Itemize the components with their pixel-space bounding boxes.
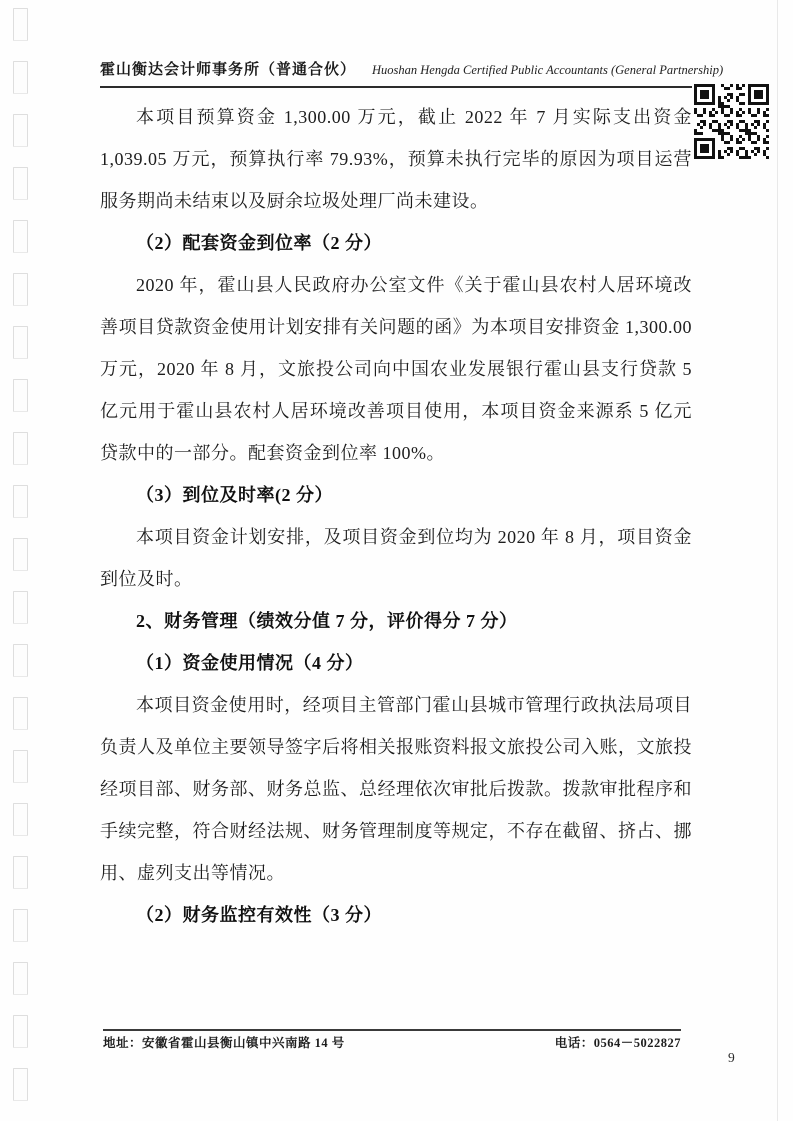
page-footer: 地址：安徽省霍山县衡山镇中兴南路 14 号 电话：0564－5022827 (103, 1033, 681, 1051)
binding-hole (13, 220, 28, 253)
footer-phone: 电话：0564－5022827 (555, 1033, 681, 1051)
binding-hole (13, 432, 28, 465)
page-header: 霍山衡达会计师事务所（普通合伙） Huoshan Hengda Certifie… (100, 58, 692, 88)
binding-hole (13, 61, 28, 94)
heading-timeliness-rate: （3）到位及时率(2 分） (100, 474, 692, 516)
binding-hole (13, 114, 28, 147)
heading-financial-monitoring: （2）财务监控有效性（3 分） (100, 894, 692, 936)
binding-hole (13, 591, 28, 624)
footer-rule (103, 1029, 681, 1031)
scanned-report-page: 霍山衡达会计师事务所（普通合伙） Huoshan Hengda Certifie… (0, 0, 793, 1121)
binding-hole (13, 8, 28, 41)
binding-hole (13, 697, 28, 730)
heading-financial-management: 2、财务管理（绩效分值 7 分，评价得分 7 分） (100, 600, 692, 642)
page-number: 9 (728, 1050, 735, 1066)
para-budget-execution: 本项目预算资金 1,300.00 万元，截止 2022 年 7 月实际支出资金 … (100, 96, 692, 222)
binding-hole (13, 750, 28, 783)
binding-hole (13, 538, 28, 571)
para-fund-usage-detail: 本项目资金使用时，经项目主管部门霍山县城市管理行政执法局项目负责人及单位主要领导… (100, 684, 692, 894)
heading-matching-fund-rate: （2）配套资金到位率（2 分） (100, 222, 692, 264)
qr-code (694, 84, 769, 159)
heading-fund-usage: （1）资金使用情况（4 分） (100, 642, 692, 684)
binding-hole (13, 909, 28, 942)
binding-hole (13, 167, 28, 200)
firm-name-en: Huoshan Hengda Certified Public Accounta… (372, 63, 723, 78)
binding-hole (13, 326, 28, 359)
binding-hole (13, 379, 28, 412)
header-rule (100, 86, 692, 88)
binding-hole (13, 273, 28, 306)
scan-edge-line (777, 0, 778, 1121)
binding-hole (13, 962, 28, 995)
para-matching-fund-detail: 2020 年，霍山县人民政府办公室文件《关于霍山县农村人居环境改善项目贷款资金使… (100, 264, 692, 474)
binding-hole (13, 803, 28, 836)
binding-hole (13, 485, 28, 518)
document-body: 本项目预算资金 1,300.00 万元，截止 2022 年 7 月实际支出资金 … (100, 96, 692, 936)
firm-name-zh: 霍山衡达会计师事务所（普通合伙） (100, 58, 356, 79)
binding-hole (13, 856, 28, 889)
binding-hole (13, 1015, 28, 1048)
para-timeliness-detail: 本项目资金计划安排，及项目资金到位均为 2020 年 8 月，项目资金到位及时。 (100, 516, 692, 600)
binding-hole (13, 644, 28, 677)
binding-hole (13, 1068, 28, 1101)
footer-address: 地址：安徽省霍山县衡山镇中兴南路 14 号 (103, 1033, 345, 1051)
